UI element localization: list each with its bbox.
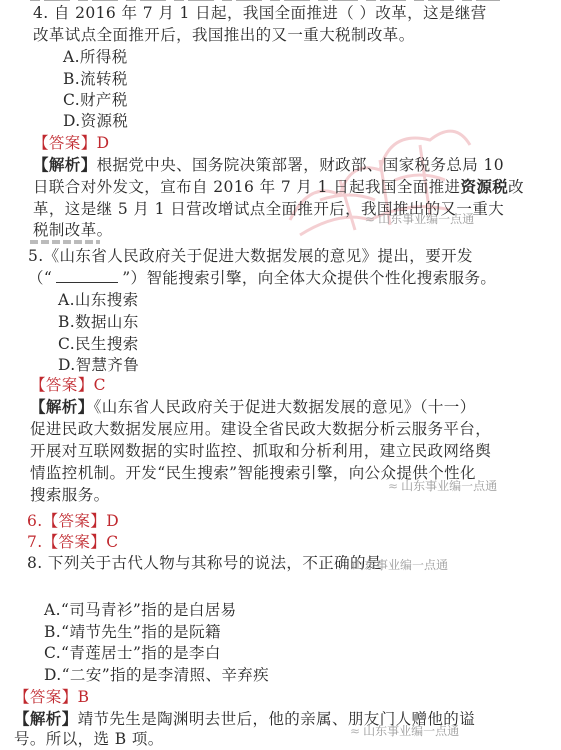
q4-analysis-line1: 【解析】根据党中央、国务院决策部署，财政部、国家税务总局 10 (33, 155, 504, 175)
q4-stem-line1: 4. 自 2016 年 7 月 1 日起，我国全面推进（ ）改革，这是继营 (33, 3, 487, 23)
q8-option-d: D.“二安”指的是李清照、辛弃疾 (44, 665, 269, 685)
q5-analysis-line5: 搜索服务。 (30, 485, 110, 505)
answer-value: C (106, 533, 118, 551)
analysis-text: 根据党中央、国务院决策部署，财政部、国家税务总局 10 (97, 156, 504, 174)
answer-value: C (94, 376, 106, 394)
answer-label: 【答案】 (43, 533, 107, 551)
q5-answer: 【答案】C (30, 375, 106, 395)
answer-label: 【答案】 (14, 688, 78, 706)
q4-option-c: C.财产税 (63, 90, 128, 110)
q8-analysis-line2: 号。所以，选 B 项。 (14, 729, 164, 749)
q5-stem-line1: 5.《山东省人民政府关于促进大数据发展的意见》提出，要开发 (28, 246, 473, 266)
wechat-icon: ≈ (388, 479, 398, 493)
q8-option-c: C.“青莲居士”指的是李白 (44, 643, 221, 663)
watermark-text: ≈山东事业编一点通 (365, 210, 474, 227)
q4-stem-line2: 改革试点全面推开后，我国推出的又一重大税制改革。 (33, 25, 415, 45)
watermark-text: 山东事业编一点通 (352, 556, 448, 573)
q8-option-a: A.“司马青衫”指的是白居易 (44, 600, 237, 620)
answer-value: D (106, 512, 119, 530)
q7-answer: 7.【答案】C (27, 532, 118, 552)
answer-label: 【答案】 (43, 512, 107, 530)
cropped-line-stub (30, 240, 100, 244)
wechat-icon: ≈ (365, 212, 375, 226)
wechat-icon: ≈ (350, 724, 360, 738)
answer-label: 【答案】 (30, 376, 94, 394)
q5-option-c: C.民生搜索 (58, 334, 139, 354)
q8-stem: 8. 下列关于古代人物与其称号的说法，不正确的是 (27, 553, 382, 573)
q5-analysis-line2: 促进民政大数据发展应用。建设全省民政大数据分析云服务平台， (30, 419, 491, 439)
analysis-label: 【解析】 (33, 155, 97, 174)
q5-option-d: D.智慧齐鲁 (58, 355, 139, 375)
cropped-previous-line (30, 0, 500, 2)
q4-answer: 【答案】D (33, 133, 109, 153)
q5-analysis-line3: 开展对互联网数据的实时监控、抓取和分析利用，建立民政网络舆 (30, 441, 491, 461)
watermark-text: ≈山东事业编一点通 (350, 722, 459, 739)
analysis-highlight: 资源税 (460, 177, 508, 196)
analysis-text: 《山东省人民政府关于促进大数据发展的意见》（十一） (94, 398, 476, 416)
document-page: 4. 自 2016 年 7 月 1 日起，我国全面推进（ ）改革，这是继营 改革… (0, 0, 561, 750)
q4-analysis-line4: 税制改革。 (33, 220, 113, 240)
q8-answer: 【答案】B (14, 687, 89, 707)
answer-value: D (97, 134, 110, 152)
analysis-label: 【解析】 (30, 397, 94, 416)
q4-option-d: D.资源税 (63, 111, 128, 131)
answer-value: B (78, 688, 90, 706)
q5-option-a: A.山东搜索 (58, 290, 139, 310)
answer-label: 【答案】 (33, 134, 97, 152)
analysis-label: 【解析】 (14, 709, 78, 728)
fill-blank (56, 268, 118, 283)
q6-answer: 6.【答案】D (27, 511, 119, 531)
q4-analysis-line2: 日联合对外发文，宣布自 2016 年 7 月 1 日起我国全面推进资源税改 (33, 177, 524, 197)
watermark-text: ≈山东事业编一点通 (388, 477, 497, 494)
q4-option-b: B.流转税 (63, 69, 128, 89)
q5-option-b: B.数据山东 (58, 312, 139, 332)
analysis-text: 日联合对外发文，宣布自 2016 年 7 月 1 日起我国全面推进 (33, 178, 460, 196)
q8-option-b: B.“靖节先生”指的是阮籍 (44, 622, 221, 642)
analysis-text: 改 (508, 178, 524, 196)
q4-option-a: A.所得税 (63, 47, 128, 67)
q5-stem-line2: （“”）智能搜索引擎，向全体大众提供个性化搜索服务。 (28, 268, 496, 288)
q5-analysis-line1: 【解析】《山东省人民政府关于促进大数据发展的意见》（十一） (30, 397, 476, 417)
